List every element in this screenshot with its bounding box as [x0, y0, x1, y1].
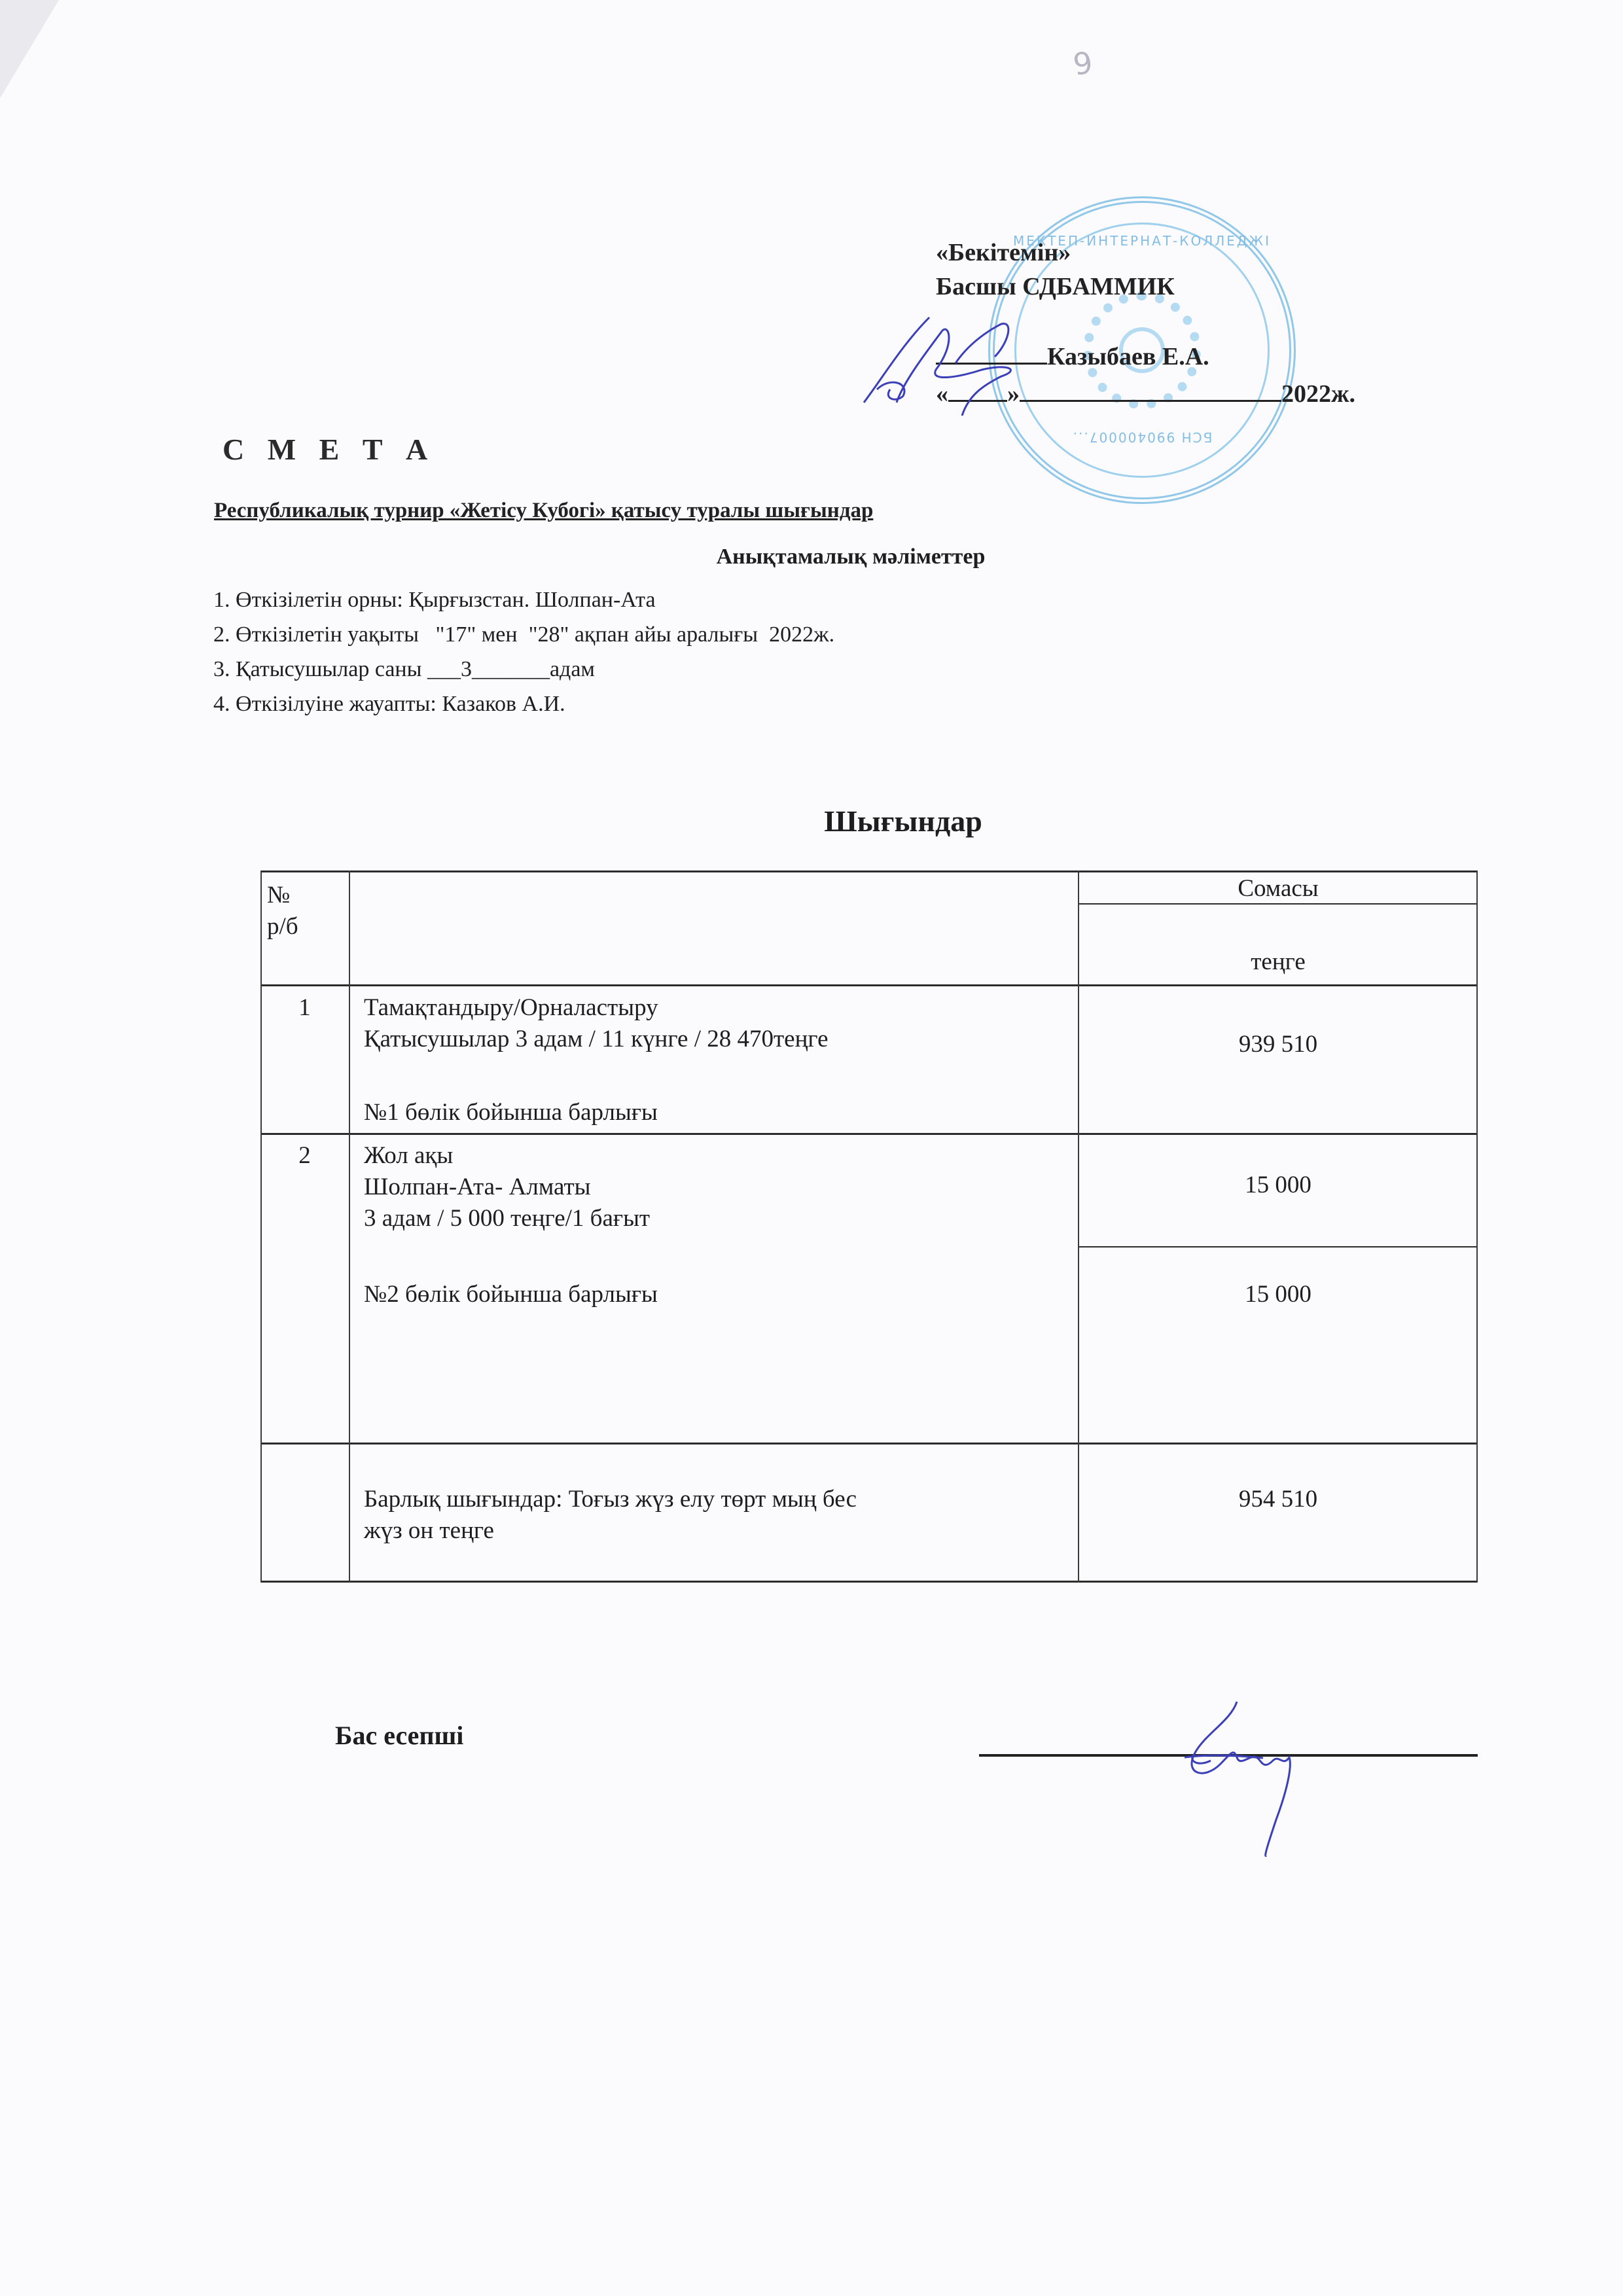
- total-label-line2: жүз он теңге: [364, 1515, 1071, 1547]
- row2-line3: 3 адам / 5 000 теңге/1 бағыт: [364, 1203, 1071, 1234]
- row2-amount: 15 000: [1080, 1170, 1476, 1201]
- approval-title: «Бекітемін»: [936, 236, 1355, 270]
- approval-signatory: Казыбаев Е.А.: [1047, 343, 1209, 370]
- chief-accountant-label: Бас есепші: [335, 1720, 463, 1751]
- header-currency: теңге: [1080, 946, 1476, 978]
- total-amount: 954 510: [1080, 1484, 1476, 1515]
- expenses-table: № р/б Сомасы теңге 1 Тамақтандыру/Орнала…: [260, 870, 1478, 1583]
- row1-description: Тамақтандыру/Орналастыру Қатысушылар 3 а…: [364, 992, 1071, 1055]
- date-year: 2022ж.: [1281, 380, 1355, 408]
- stamp-bin: БСН 990400007...: [995, 429, 1289, 445]
- info-list: 1. Өткізілетін орны: Қырғызстан. Шолпан-…: [213, 583, 834, 721]
- chief-accountant-signature: [1158, 1695, 1309, 1865]
- total-label-line1: Барлық шығындар: Тоғыз жүз елу төрт мың …: [364, 1484, 1071, 1515]
- row1-bottom-border: [260, 1133, 1478, 1135]
- reference-heading: Анықтамалық мәліметтер: [0, 545, 1623, 569]
- info-item-dates: 2. Өткізілетін уақыты "17" мен "28" ақпа…: [213, 617, 834, 652]
- info-item-venue: 1. Өткізілетін орны: Қырғызстан. Шолпан-…: [213, 583, 834, 617]
- page-fold-corner: [0, 0, 59, 98]
- header-no-symbol: №: [267, 880, 346, 911]
- total-label: Барлық шығындар: Тоғыз жүз елу төрт мың …: [364, 1484, 1071, 1547]
- row2-subtotal-label: №2 бөлік бойынша барлығы: [364, 1279, 1071, 1310]
- document-subtitle: Республикалық турнир «Жетісу Кубогі» қат…: [214, 499, 873, 523]
- document-title: С М Е Т А: [223, 432, 435, 467]
- row2-line1: Жол ақы: [364, 1140, 1071, 1172]
- info-item-responsible: 4. Өткізілуіне жауапты: Казаков А.И.: [213, 687, 834, 721]
- page-number-mark: 9: [1071, 45, 1095, 82]
- table-border-left: [260, 870, 262, 1583]
- row2-subtotal-amount: 15 000: [1080, 1279, 1476, 1310]
- expenses-heading: Шығындар: [0, 804, 1623, 838]
- header-no: № р/б: [267, 880, 346, 942]
- row1-no: 1: [260, 992, 349, 1024]
- header-amount: Сомасы: [1080, 873, 1476, 905]
- table-border-right: [1476, 870, 1478, 1583]
- col-divider-amount: [1078, 870, 1079, 1583]
- approval-position: Басшы СДБАММИК: [936, 270, 1355, 304]
- table-border-bottom: [260, 1581, 1478, 1583]
- director-signature: [857, 304, 1067, 422]
- row2-bottom-border: [260, 1443, 1478, 1444]
- info-item-participants: 3. Қатысушылар саны ___3_______адам: [213, 652, 834, 687]
- row1-line2: Қатысушылар 3 адам / 11 күнге / 28 470те…: [364, 1024, 1071, 1055]
- header-bottom-border: [260, 984, 1478, 986]
- row1-line1: Тамақтандыру/Орналастыру: [364, 992, 1071, 1024]
- row2-amount-divider: [1078, 1246, 1478, 1247]
- row1-subtotal-label: №1 бөлік бойынша барлығы: [364, 1097, 1071, 1128]
- table-border-top: [260, 870, 1478, 872]
- row1-amount: 939 510: [1080, 1029, 1476, 1060]
- row2-no: 2: [260, 1140, 349, 1172]
- row2-line2: Шолпан-Ата- Алматы: [364, 1172, 1071, 1203]
- header-no-abbrev: р/б: [267, 911, 346, 942]
- row2-description: Жол ақы Шолпан-Ата- Алматы 3 адам / 5 00…: [364, 1140, 1071, 1234]
- col-divider-no: [349, 870, 350, 1583]
